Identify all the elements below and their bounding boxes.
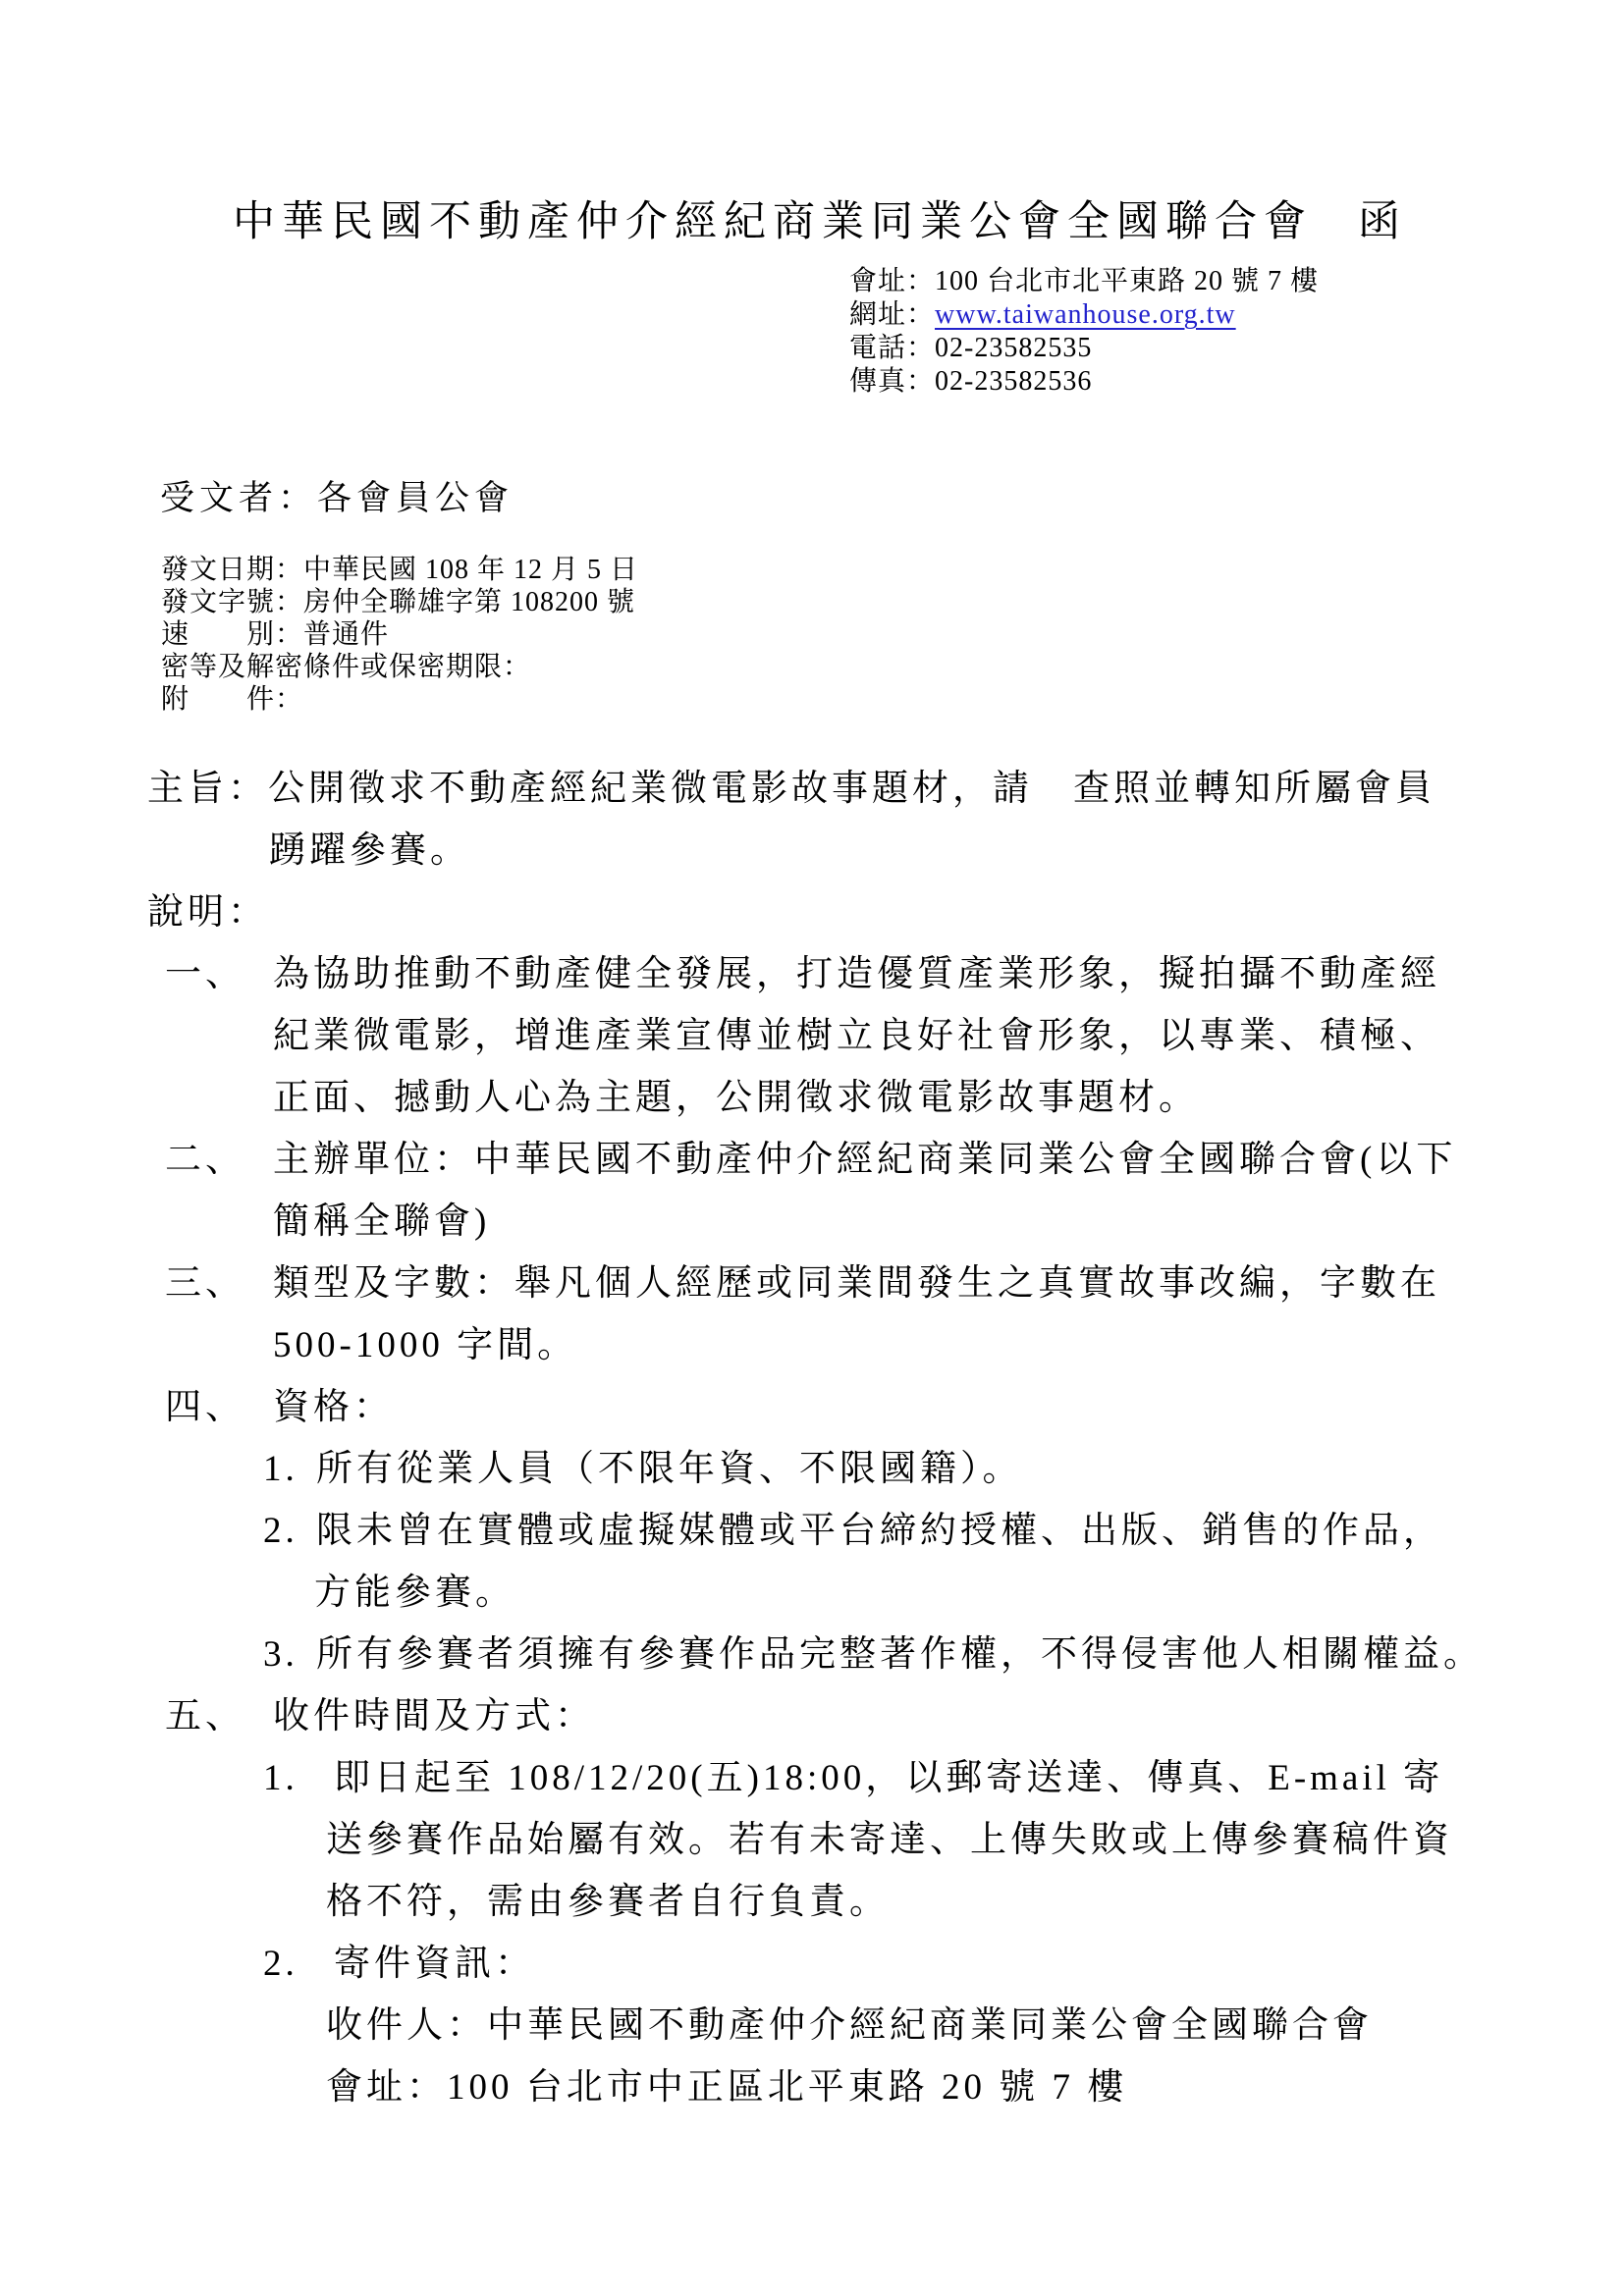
contact-block: 會址：100 台北市北平東路 20 號 7 樓 網址：www.taiwanhou… bbox=[849, 265, 1319, 399]
doc-info-number-row: 發文字號：房仲全聯雄字第 108200 號 bbox=[161, 586, 638, 618]
body-line: 收件人：中華民國不動產仲介經紀商業同業公會全國聯合會 bbox=[147, 1995, 1522, 2056]
website-link[interactable]: www.taiwanhouse.org.tw bbox=[935, 299, 1236, 330]
phone-label: 電話： bbox=[849, 333, 935, 363]
body-line-text: 主辦單位：中華民國不動產仲介經紀商業同業公會全國聯合會(以下 bbox=[273, 1140, 1456, 1180]
list-number: 三、 bbox=[165, 1253, 245, 1314]
list-number: 一、 bbox=[165, 943, 245, 1005]
body-line: 紀業微電影，增進產業宣傳並樹立良好社會形象，以專業、積極、 bbox=[147, 1005, 1522, 1067]
address-value: 100 台北市北平東路 20 號 7 樓 bbox=[935, 266, 1319, 296]
body-line-text: 500-1000 字間。 bbox=[273, 1325, 577, 1365]
doc-info-attachment-row: 附 件： bbox=[161, 683, 638, 716]
body-line: 1.即日起至 108/12/20(五)18:00，以郵寄送達、傳真、E-mail… bbox=[147, 1747, 1522, 1809]
body-line-text: 格不符，需由參賽者自行負責。 bbox=[326, 1882, 890, 1922]
body-line-text: 紀業微電影，增進產業宣傳並樹立良好社會形象，以專業、積極、 bbox=[273, 1016, 1440, 1056]
speed-value: 普通件 bbox=[303, 619, 389, 650]
doc-info-date-row: 發文日期：中華民國 108 年 12 月 5 日 bbox=[161, 554, 638, 586]
body-line: 2.限未曾在實體或虛擬媒體或平台締約授權、出版、銷售的作品， bbox=[147, 1500, 1522, 1562]
phone-value: 02-23582535 bbox=[935, 333, 1092, 363]
body-line-text: 所有參賽者須擁有參賽作品完整著作權，不得侵害他人相關權益。 bbox=[316, 1634, 1484, 1675]
list-number: 1. bbox=[263, 1438, 298, 1500]
list-number: 2. bbox=[263, 1500, 298, 1562]
attachment-label: 附 件： bbox=[161, 684, 303, 715]
body-line-text: 方能參賽。 bbox=[314, 1573, 515, 1613]
date-label: 發文日期： bbox=[161, 555, 303, 585]
contact-website-row: 網址：www.taiwanhouse.org.tw bbox=[849, 298, 1319, 332]
body-line-text: 類型及字數：舉凡個人經歷或同業間發生之真實故事改編，字數在 bbox=[273, 1263, 1440, 1304]
body-line-text: 即日起至 108/12/20(五)18:00，以郵寄送達、傳真、E-mail 寄 bbox=[334, 1758, 1443, 1798]
number-label: 發文字號： bbox=[161, 587, 303, 617]
body-line: 3.所有參賽者須擁有參賽作品完整著作權，不得侵害他人相關權益。 bbox=[147, 1624, 1522, 1685]
body-line: 五、收件時間及方式： bbox=[147, 1685, 1522, 1747]
body-line: 送參賽作品始屬有效。若有未寄達、上傳失敗或上傳參賽稿件資 bbox=[147, 1809, 1522, 1871]
body-line: 簡稱全聯會) bbox=[147, 1191, 1522, 1253]
body-line: 2.寄件資訊： bbox=[147, 1933, 1522, 1995]
body-line-text: 為協助推動不動產健全發展，打造優質產業形象，擬拍攝不動產經 bbox=[273, 954, 1440, 994]
doc-info-speed-row: 速 別：普通件 bbox=[161, 618, 638, 651]
number-value: 房仲全聯雄字第 108200 號 bbox=[303, 587, 635, 617]
body-line: 四、資格： bbox=[147, 1376, 1522, 1438]
address-label: 會址： bbox=[849, 266, 935, 296]
document-page: 中華民國不動產仲介經紀商業同業公會全國聯合會函 會址：100 台北市北平東路 2… bbox=[0, 0, 1624, 2296]
list-number: 1. bbox=[263, 1747, 298, 1809]
body-line-text: 收件時間及方式： bbox=[273, 1696, 595, 1736]
body-line: 會址：100 台北市中正區北平東路 20 號 7 樓 bbox=[147, 2056, 1522, 2118]
list-number: 二、 bbox=[165, 1129, 245, 1191]
list-number: 五、 bbox=[165, 1685, 245, 1747]
body-line-text: 正面、撼動人心為主題，公開徵求微電影故事題材。 bbox=[273, 1078, 1199, 1118]
list-number: 3. bbox=[263, 1624, 298, 1685]
contact-fax-row: 傳真：02-23582536 bbox=[849, 365, 1319, 399]
contact-phone-row: 電話：02-23582535 bbox=[849, 332, 1319, 365]
body-line: 主旨：公開徵求不動產經紀業微電影故事題材，請 查照並轉知所屬會員 bbox=[147, 758, 1522, 820]
doc-info-block: 發文日期：中華民國 108 年 12 月 5 日 發文字號：房仲全聯雄字第 10… bbox=[161, 554, 638, 716]
recipient-line: 受文者：各會員公會 bbox=[160, 471, 514, 520]
contact-address-row: 會址：100 台北市北平東路 20 號 7 樓 bbox=[849, 265, 1319, 298]
body-line-text: 所有從業人員（不限年資、不限國籍）。 bbox=[316, 1449, 1023, 1489]
letter-body: 主旨：公開徵求不動產經紀業微電影故事題材，請 查照並轉知所屬會員踴躍參賽。說明：… bbox=[147, 758, 1522, 2118]
fax-value: 02-23582536 bbox=[935, 366, 1092, 397]
body-line-text: 踴躍參賽。 bbox=[269, 830, 470, 871]
body-line-text: 說明： bbox=[147, 892, 268, 933]
fax-label: 傳真： bbox=[849, 366, 935, 397]
body-line-text: 簡稱全聯會) bbox=[273, 1201, 490, 1242]
body-line-text: 會址：100 台北市中正區北平東路 20 號 7 樓 bbox=[326, 2067, 1127, 2108]
body-line: 三、類型及字數：舉凡個人經歷或同業間發生之真實故事改編，字數在 bbox=[147, 1253, 1522, 1314]
body-line-text: 資格： bbox=[273, 1387, 394, 1427]
body-line: 500-1000 字間。 bbox=[147, 1314, 1522, 1376]
list-number: 四、 bbox=[165, 1376, 245, 1438]
document-title: 中華民國不動產仲介經紀商業同業公會全國聯合會函 bbox=[233, 188, 1407, 248]
body-line: 一、為協助推動不動產健全發展，打造優質產業形象，擬拍攝不動產經 bbox=[147, 943, 1522, 1005]
body-line: 說明： bbox=[147, 881, 1522, 943]
body-line-text: 收件人：中華民國不動產仲介經紀商業同業公會全國聯合會 bbox=[326, 2005, 1373, 2046]
body-line: 格不符，需由參賽者自行負責。 bbox=[147, 1871, 1522, 1933]
body-line-text: 送參賽作品始屬有效。若有未寄達、上傳失敗或上傳參賽稿件資 bbox=[326, 1820, 1453, 1860]
body-line: 二、主辦單位：中華民國不動產仲介經紀商業同業公會全國聯合會(以下 bbox=[147, 1129, 1522, 1191]
website-label: 網址： bbox=[849, 299, 935, 330]
body-line: 踴躍參賽。 bbox=[147, 820, 1522, 881]
list-number: 2. bbox=[263, 1933, 298, 1995]
body-line: 方能參賽。 bbox=[147, 1562, 1522, 1624]
body-line-text: 寄件資訊： bbox=[334, 1944, 535, 1984]
body-line: 正面、撼動人心為主題，公開徵求微電影故事題材。 bbox=[147, 1067, 1522, 1129]
body-line-text: 主旨：公開徵求不動產經紀業微電影故事題材，請 查照並轉知所屬會員 bbox=[147, 769, 1435, 809]
security-label: 密等及解密條件或保密期限： bbox=[161, 652, 531, 682]
org-name: 中華民國不動產仲介經紀商業同業公會全國聯合會 bbox=[233, 199, 1313, 245]
doc-type-label: 函 bbox=[1358, 199, 1407, 245]
date-value: 中華民國 108 年 12 月 5 日 bbox=[303, 555, 638, 585]
body-line-text: 限未曾在實體或虛擬媒體或平台締約授權、出版、銷售的作品， bbox=[316, 1511, 1443, 1551]
speed-label: 速 別： bbox=[161, 619, 303, 650]
doc-info-security-row: 密等及解密條件或保密期限： bbox=[161, 651, 638, 683]
body-line: 1.所有從業人員（不限年資、不限國籍）。 bbox=[147, 1438, 1522, 1500]
